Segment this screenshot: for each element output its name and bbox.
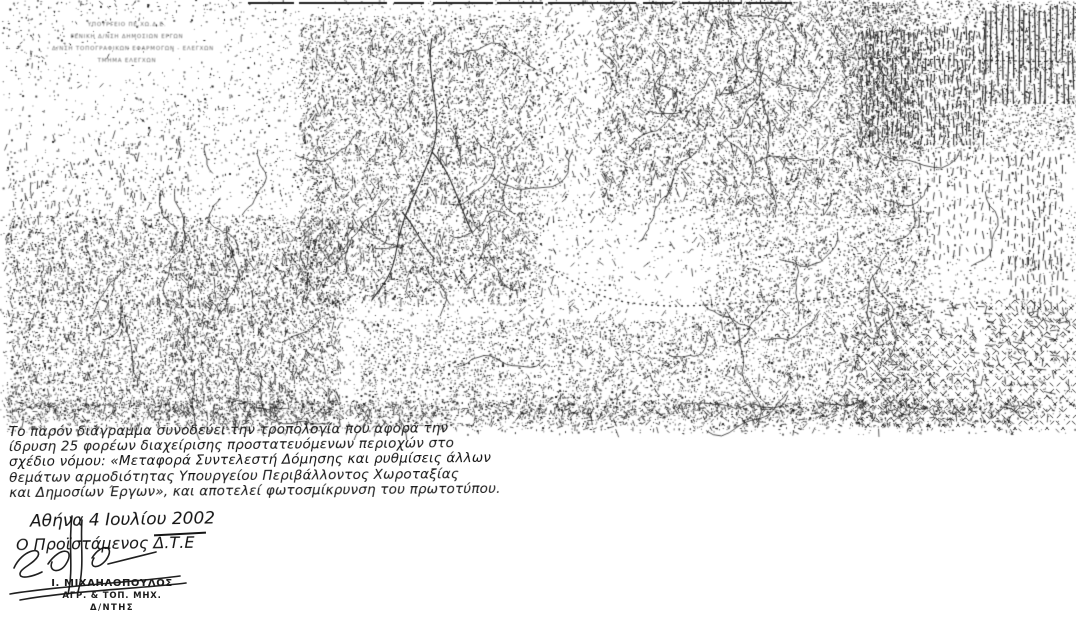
date-line: Αθήνα 4 Ιουλίου 2002 <box>30 508 215 531</box>
note-line: και Δημοσίων Έργων», και αποτελεί φωτοσμ… <box>9 482 489 501</box>
stamp-line: Δ/ΝΣΗ ΤΟΠΟΓΡΑΦΙΚΩΝ ΕΦΑΡΜΟΓΩΝ - ΕΛΕΓΧΩΝ <box>52 46 202 52</box>
handwritten-note: Το παρόν διάγραμμα συνοδεύει την τροπολο… <box>9 421 490 501</box>
signer-credentials: ΑΓΡ. & ΤΟΠ. ΜΗΧ. <box>12 592 212 601</box>
signer-position: Δ/ΝΤΗΣ <box>12 604 212 613</box>
signer-printed-block: Ι. ΜΙΧΑΗΛΟΠΟΥΛΟΣ ΑΓΡ. & ΤΟΠ. ΜΗΧ. Δ/ΝΤΗΣ <box>12 579 212 612</box>
stamp-line: ΓΕΝΙΚΗ Δ/ΝΣΗ ΔΗΜΟΣΙΩΝ ΕΡΓΩΝ <box>52 34 202 40</box>
office-stamp: ΥΠΟΥΡΓΕΙΟ ΠΕ.ΧΩ.Δ.Ε. ΓΕΝΙΚΗ Δ/ΝΣΗ ΔΗΜΟΣΙ… <box>52 22 202 70</box>
stamp-line: ΤΜΗΜΑ ΕΛΕΓΧΩΝ <box>52 58 202 64</box>
signer-name: Ι. ΜΙΧΑΗΛΟΠΟΥΛΟΣ <box>12 579 212 589</box>
stamp-line: ΥΠΟΥΡΓΕΙΟ ΠΕ.ΧΩ.Δ.Ε. <box>52 22 202 28</box>
scanned-document-page: ΥΠΟΥΡΓΕΙΟ ΠΕ.ΧΩ.Δ.Ε. ΓΕΝΙΚΗ Δ/ΝΣΗ ΔΗΜΟΣΙ… <box>0 0 1076 628</box>
